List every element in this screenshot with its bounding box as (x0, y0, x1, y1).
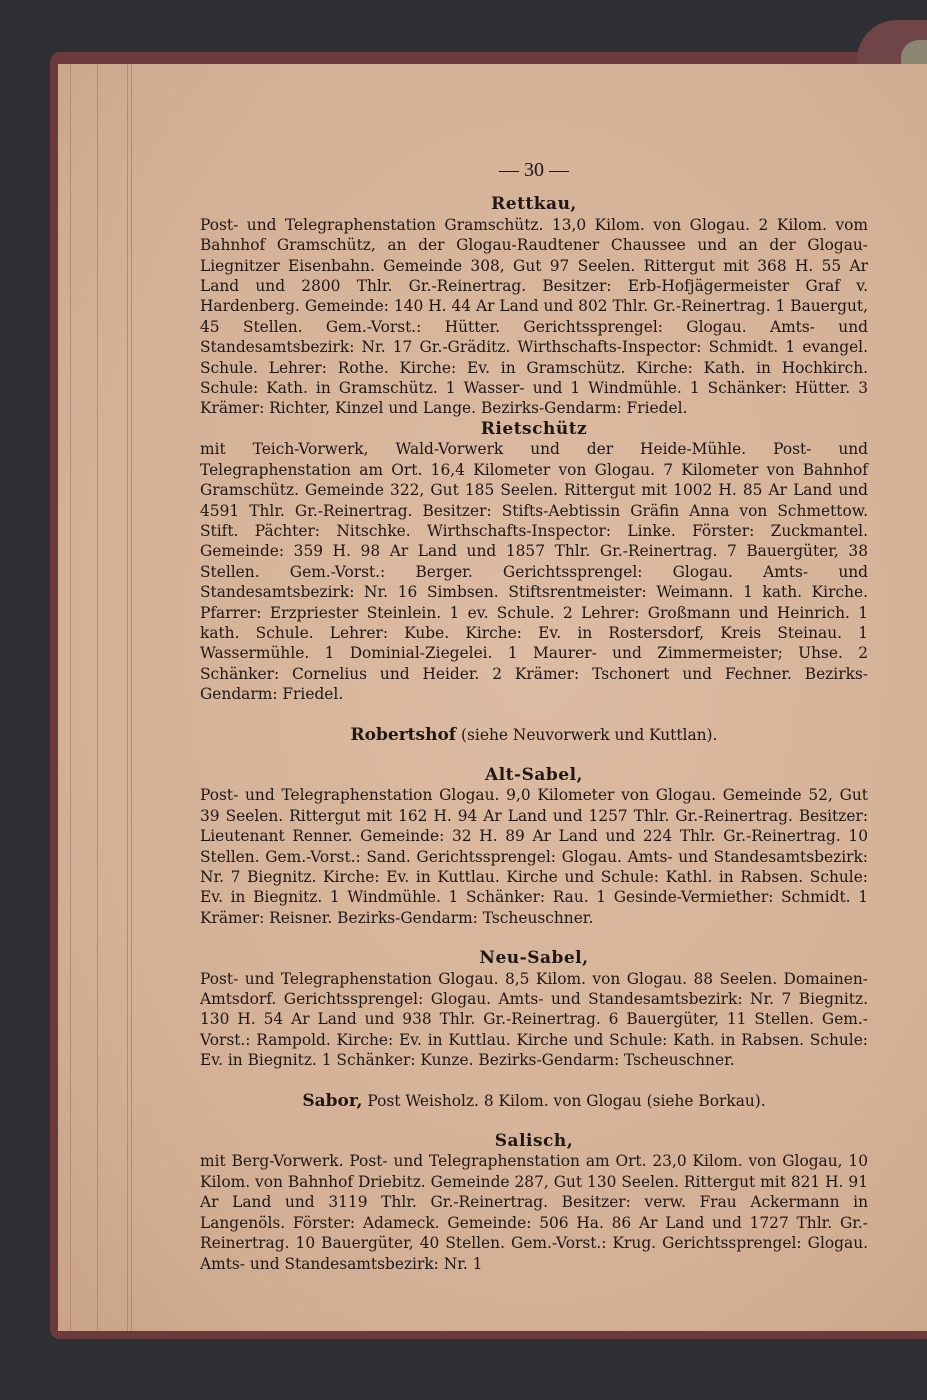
entry-title: Sabor, (302, 1091, 362, 1111)
entry-title: Robertshof (351, 725, 457, 745)
entry-robertshof: Robertshof (siehe Neuvorwerk und Kuttlan… (200, 725, 868, 745)
page-number: — 30 — (200, 160, 868, 180)
page-edge-line (127, 64, 128, 1331)
entry-inline-text: (siehe Neuvorwerk und Kuttlan). (461, 726, 717, 744)
entry-body: mit Teich-Vorwerk, Wald-Vorwerk und der … (200, 439, 868, 704)
entry-title: Salisch, (200, 1131, 868, 1151)
entry-inline-text: Post Weisholz. 8 Kilom. von Glogau (sieh… (367, 1092, 765, 1110)
entry-neu-sabel: Neu-Sabel, Post- und Telegraphenstation … (200, 948, 868, 1070)
entry-alt-sabel: Alt-Sabel, Post- und Telegraphenstation … (200, 765, 868, 928)
entry-body: Post- und Telegraphenstation Gramschütz.… (200, 215, 868, 419)
entry-title: Rietschütz (200, 419, 868, 439)
entry-title: Rettkau, (200, 194, 868, 214)
entry-body: Post- und Telegraphenstation Glogau. 8,5… (200, 969, 868, 1071)
entry-body: Post- und Telegraphenstation Glogau. 9,0… (200, 785, 868, 928)
entry-salisch: Salisch, mit Berg-Vorwerk. Post- und Tel… (200, 1131, 868, 1274)
page-edge-line (131, 64, 132, 1331)
entry-title: Neu-Sabel, (200, 948, 868, 968)
entry-title: Alt-Sabel, (200, 765, 868, 785)
entry-rietschuetz: Rietschütz mit Teich-Vorwerk, Wald-Vorwe… (200, 419, 868, 705)
entry-sabor: Sabor, Post Weisholz. 8 Kilom. von Gloga… (200, 1091, 868, 1111)
page-edge-line (70, 64, 71, 1331)
entry-rettkau: Rettkau, Post- und Telegraphenstation Gr… (200, 194, 868, 418)
page-edge-line (97, 64, 98, 1331)
entry-body: mit Berg-Vorwerk. Post- und Telegraphens… (200, 1151, 868, 1273)
page-text: — 30 — Rettkau, Post- und Telegraphensta… (200, 160, 868, 1274)
